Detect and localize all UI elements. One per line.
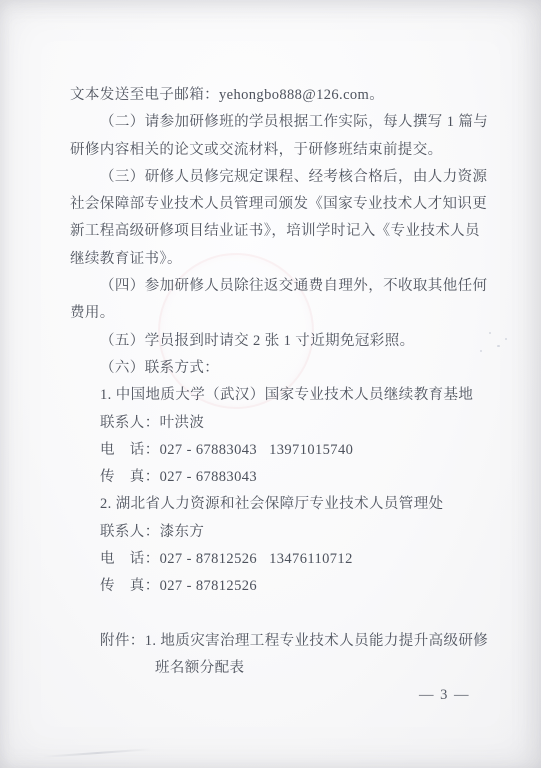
line-org-1-contact-person: 联系人：叶洪波 [70,410,472,437]
scan-speck [497,345,500,347]
line-item-3-cont-1: 社会保障部专业技术人员管理司颁发《国家专业技术人才知识更 [70,191,472,218]
line-item-3-cont-3: 继续教育证书》。 [70,246,472,273]
line-org-2-fax: 传 真：027 - 87812526 [70,573,472,600]
line-attachment-title: 附件：1. 地质灾害治理工程专业技术人员能力提升高级研修 [70,628,472,655]
line-email-note: 文本发送至电子邮箱：yehongbo888@126.com。 [70,82,472,109]
line-org-1-name: 1. 中国地质大学（武汉）国家专业技术人员继续教育基地 [70,382,472,409]
scan-speck [489,332,491,334]
page-number: — 3 — [70,682,472,709]
line-attachment-title-cont: 班名额分配表 [70,655,472,682]
line-item-3-cont-2: 新工程高级研修项目结业证书》，培训学时记入《专业技术人员 [70,218,472,245]
line-org-2-name: 2. 湖北省人力资源和社会保障厅专业技术人员管理处 [70,491,472,518]
document-text-block: 文本发送至电子邮箱：yehongbo888@126.com。 （二）请参加研修班… [70,82,472,710]
line-org-1-fax: 传 真：027 - 67883043 [70,464,472,491]
scan-streak-artifact [42,748,152,758]
line-item-2-start: （二）请参加研修班的学员根据工作实际，每人撰写 1 篇与 [70,109,472,136]
line-org-1-phone: 电 话：027 - 67883043 13971015740 [70,437,472,464]
line-item-3-start: （三）研修人员修完规定课程、经考核合格后，由人力资源 [70,164,472,191]
line-item-2-cont: 研修内容相关的论文或交流材料，于研修班结束前提交。 [70,137,472,164]
scan-speck [480,350,482,352]
line-item-4-cont: 费用。 [70,300,472,327]
line-item-4-start: （四）参加研修人员除往返交通费自理外，不收取其他任何 [70,273,472,300]
line-org-2-contact-person: 联系人：漆东方 [70,519,472,546]
line-org-2-phone: 电 话：027 - 87812526 13476110712 [70,546,472,573]
line-item-5: （五）学员报到时请交 2 张 1 寸近期免冠彩照。 [70,328,472,355]
scan-speck [505,338,507,340]
scanned-document-page: 文本发送至电子邮箱：yehongbo888@126.com。 （二）请参加研修班… [0,0,541,768]
line-item-6-contact-header: （六）联系方式： [70,355,472,382]
